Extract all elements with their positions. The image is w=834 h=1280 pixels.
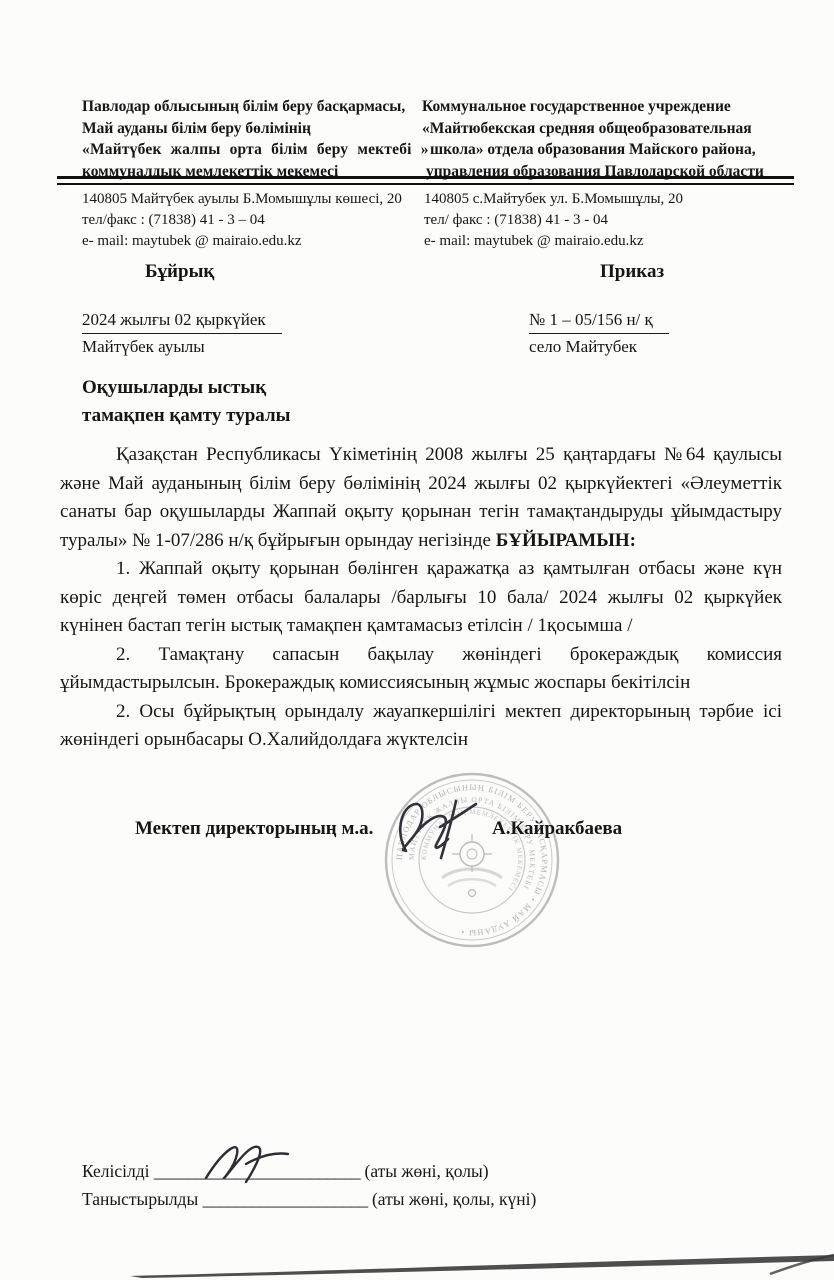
order-number-place: № 1 – 05/156 н/ қ село Майтубек xyxy=(529,307,669,359)
contact-block-russian: 140805 с.Майтубек ул. Б.Момышұлы, 20 тел… xyxy=(424,189,794,252)
order-item-2: 2. Тамақтану сапасын бақылау жөніндегі б… xyxy=(60,641,782,698)
signer-role: Мектеп директорының м.а. xyxy=(135,818,373,840)
contact-block-kazakh: 140805 Майтүбек ауылы Б.Момышұлы көшесі,… xyxy=(82,189,422,252)
order-date-place: 2024 жылғы 02 қыркүйек Майтүбек ауылы xyxy=(82,307,282,359)
org-right-line: «Майтюбекская средняя общеобразовательна… xyxy=(422,118,796,140)
order-title-russian: Приказ xyxy=(600,261,664,283)
intro-paragraph: Қазақстан Республикасы Үкіметінің 2008 ж… xyxy=(60,441,782,555)
org-left-line: «Майтүбек жалпы орта білім беру мектебі … xyxy=(82,139,420,161)
informed-label: Таныстырылды xyxy=(82,1189,198,1209)
subject-line: тамақпен қамту туралы xyxy=(82,402,290,430)
address-line: 140805 Майтүбек ауылы Б.Момышұлы көшесі,… xyxy=(82,189,422,210)
signer-name: А.Кайракбаева xyxy=(492,818,622,840)
subject-line: Оқушыларды ыстық xyxy=(82,374,290,402)
order-subject: Оқушыларды ыстық тамақпен қамту туралы xyxy=(82,374,290,430)
order-title-kazakh: Бұйрық xyxy=(145,261,214,283)
org-name-russian: Коммунальное государственное учреждение … xyxy=(422,96,796,182)
org-left-line: Май ауданы білім беру бөлімінің xyxy=(82,118,420,140)
order-place-kazakh: Майтүбек ауылы xyxy=(82,334,282,359)
order-number: № 1 – 05/156 н/ қ xyxy=(529,307,669,334)
header-double-rule xyxy=(57,176,794,185)
phone-line: тел/ факс : (71838) 41 - 3 - 04 xyxy=(424,210,794,231)
signature-row: Мектеп директорының м.а. А.Кайракбаева xyxy=(0,818,834,858)
informed-row: Таныстырылды ____________________ (аты ж… xyxy=(82,1185,536,1213)
intro-text: Қазақстан Республикасы Үкіметінің 2008 ж… xyxy=(60,444,782,551)
email-line: e- mail: maytubek @ mairaio.edu.kz xyxy=(82,231,422,252)
scanned-order-document: Павлодар облысының білім беру басқармасы… xyxy=(0,0,834,1280)
agreed-signature-stroke xyxy=(198,1134,308,1192)
agreed-suffix: (аты жөні, қолы) xyxy=(365,1161,489,1181)
footer-agreement-block: Келісілді _________________________ (аты… xyxy=(82,1157,536,1213)
address-line: 140805 с.Майтубек ул. Б.Момышұлы, 20 xyxy=(424,189,794,210)
agreed-label: Келісілді xyxy=(82,1161,150,1181)
order-item-3: 2. Осы бұйрықтың орындалу жауапкершілігі… xyxy=(60,698,782,755)
order-date: 2024 жылғы 02 қыркүйек xyxy=(82,307,282,334)
agreed-row: Келісілді _________________________ (аты… xyxy=(82,1157,536,1185)
order-place-russian: село Майтубек xyxy=(529,334,669,359)
informed-blank-line: ____________________ xyxy=(203,1189,368,1209)
email-line: e- mail: maytubek @ mairaio.edu.kz xyxy=(424,231,794,252)
informed-suffix: (аты жөні, қолы, күні) xyxy=(372,1189,536,1209)
scan-edge-shadow xyxy=(0,1244,834,1280)
org-right-line: школа» отдела образования Майского район… xyxy=(422,139,796,161)
order-verb: БҰЙЫРАМЫН: xyxy=(496,530,636,551)
org-right-line: Коммунальное государственное учреждение xyxy=(422,96,796,118)
org-name-kazakh: Павлодар облысының білім беру басқармасы… xyxy=(82,96,420,182)
org-left-line: Павлодар облысының білім беру басқармасы… xyxy=(82,96,420,118)
phone-line: тел/факс : (71838) 41 - 3 – 04 xyxy=(82,210,422,231)
order-body: Қазақстан Республикасы Үкіметінің 2008 ж… xyxy=(60,441,782,755)
order-item-1: 1. Жаппай оқыту қорынан бөлінген қаражат… xyxy=(60,555,782,641)
